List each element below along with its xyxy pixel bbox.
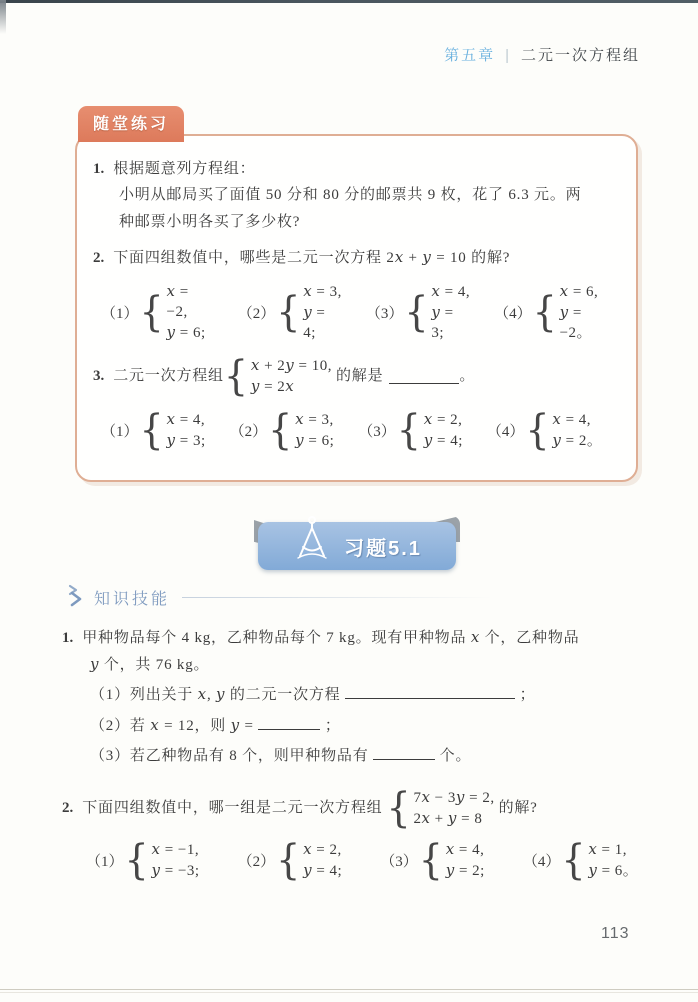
brace-glyph: { <box>397 409 422 450</box>
problem-text: 。 <box>459 365 475 387</box>
equation-system: {x = 4,y = 3; <box>140 409 206 451</box>
option-label: （2） <box>230 420 268 441</box>
equation-bottom: y = 6; <box>295 430 334 451</box>
equation-top: x = 4, <box>431 281 470 302</box>
sub-question-3: （3）若乙种物品有 8 个，则甲种物品有 个。 <box>90 741 644 771</box>
exercise-banner-label: 习题5.1 <box>344 532 422 561</box>
problem-number: 3. <box>93 365 104 387</box>
answer-blank <box>373 745 435 760</box>
chapter-title: 二元一次方程组 <box>521 47 640 64</box>
practice-tab: 随堂练习 <box>78 106 184 142</box>
problem-text: 甲种物品每个 4 kg，乙种物品每个 7 kg。现有甲种物品 x 个，乙种物品 <box>82 630 579 646</box>
page-header: 第五章|二元一次方程组 <box>444 44 640 65</box>
sub-label: （2） <box>90 718 130 734</box>
brace-glyph: { <box>419 839 444 880</box>
equation-system: {x = 3,y = 6; <box>268 409 334 451</box>
sub-text: 列出关于 x, y 的二元一次方程 <box>130 687 341 703</box>
practice-problem-2: 2.下面四组数值中，哪些是二元一次方程 2x + y = 10 的解? <box>93 244 618 271</box>
equation-system: {x = 3,y = 4; <box>276 281 342 343</box>
option-4: （4）{x = 4,y = 2。 <box>487 409 602 451</box>
problem-number: 2. <box>62 797 73 819</box>
equation-bottom: y = −2。 <box>560 302 618 343</box>
brace-glyph: { <box>276 839 301 880</box>
scan-edge-bottom-2 <box>0 992 698 993</box>
equation-system: {x = 1,y = 6。 <box>561 839 638 881</box>
option-2: （2）{x = 3,y = 4; <box>238 281 342 343</box>
section-heading: 知识技能 <box>62 584 644 610</box>
section-title: 知识技能 <box>94 586 170 609</box>
brace-glyph: { <box>525 409 550 450</box>
equation-top: x = 3, <box>303 281 342 302</box>
equation-top: 7x − 3y = 2, <box>413 787 494 808</box>
scan-edge-corner <box>0 0 6 34</box>
sub-label: （1） <box>90 687 130 703</box>
problem-text: 下面四组数值中，哪一组是二元一次方程组 <box>82 797 382 819</box>
sub-text: 若乙种物品有 8 个，则甲种物品有 <box>130 748 369 764</box>
equation-bottom: y = 6; <box>167 322 214 343</box>
equation-bottom: y = 4; <box>424 430 463 451</box>
problem-number: 1. <box>62 630 73 646</box>
option-row: （1）{x = −1,y = −3; （2）{x = 2,y = 4; （3）{… <box>86 839 644 881</box>
equation-top: x = 4, <box>446 839 485 860</box>
equation-system: {x = 4,y = 2。 <box>525 409 602 451</box>
brace-glyph: { <box>224 355 249 396</box>
equation-top: x = 2, <box>303 839 342 860</box>
equation-top: x = −1, <box>152 839 200 860</box>
problem-body-line: 小明从邮局买了面值 50 分和 80 分的邮票共 9 枚，花了 6.3 元。两 <box>119 182 618 209</box>
option-label: （3） <box>380 850 418 871</box>
equation-bottom: 2x + y = 8 <box>413 808 494 829</box>
equation-bottom: y = 2; <box>446 860 485 881</box>
sub-suffix: 个。 <box>440 748 472 764</box>
equation-system: {x = 2,y = 4; <box>276 839 342 881</box>
exercise-problem-2: 2.下面四组数值中，哪一组是二元一次方程组 {7x − 3y = 2,2x + … <box>62 787 644 829</box>
option-label: （4） <box>487 420 525 441</box>
option-label: （1） <box>101 302 139 323</box>
sub-question-1: （1）列出关于 x, y 的二元一次方程 ； <box>90 679 644 710</box>
double-chevron-icon <box>62 584 88 610</box>
option-3: （3）{x = 4,y = 2; <box>380 839 485 881</box>
option-label: （2） <box>238 302 276 323</box>
option-1: （1）{x = −2,y = 6; <box>101 281 214 343</box>
equation-top: x = −2, <box>167 281 214 322</box>
option-label: （4） <box>523 850 561 871</box>
practice-box: 1.根据题意列方程组： 小明从邮局买了面值 50 分和 80 分的邮票共 9 枚… <box>75 134 638 482</box>
problem-text: 根据题意列方程组： <box>113 161 255 177</box>
equation-top: x = 2, <box>424 409 463 430</box>
option-label: （3） <box>358 420 396 441</box>
answer-blank <box>258 715 320 730</box>
option-label: （2） <box>238 850 276 871</box>
exercise-section: 知识技能 1.甲种物品每个 4 kg，乙种物品每个 7 kg。现有甲种物品 x … <box>62 584 644 885</box>
brace-glyph: { <box>140 409 165 450</box>
answer-blank <box>345 684 515 699</box>
sub-suffix: ； <box>520 687 536 703</box>
option-row: （1）{x = 4,y = 3; （2）{x = 3,y = 6; （3）{x … <box>101 409 618 451</box>
option-2: （2）{x = 2,y = 4; <box>238 839 343 881</box>
equation-bottom: y = 4; <box>303 302 342 343</box>
equation-top: x = 1, <box>588 839 638 860</box>
brace-glyph: { <box>561 839 586 880</box>
option-4: （4）{x = 6,y = −2。 <box>494 281 618 343</box>
textbook-page: 第五章|二元一次方程组 随堂练习 1.根据题意列方程组： 小明从邮局买了面值 5… <box>0 0 698 1002</box>
equation-system: {x = −2,y = 6; <box>140 281 214 343</box>
brace-glyph: { <box>276 291 301 332</box>
practice-problem-3: 3.二元一次方程组 {x + 2y = 10,y = 2x 的解是 。 <box>93 355 618 397</box>
brace-glyph: { <box>268 409 293 450</box>
exercise-problem-1: 1.甲种物品每个 4 kg，乙种物品每个 7 kg。现有甲种物品 x 个，乙种物… <box>62 624 644 651</box>
equation-system: {x = 2,y = 4; <box>397 409 463 451</box>
option-4: （4）{x = 1,y = 6。 <box>523 839 638 881</box>
option-label: （1） <box>101 420 139 441</box>
option-1: （1）{x = −1,y = −3; <box>86 839 200 881</box>
practice-problem-1: 1.根据题意列方程组： <box>93 156 618 182</box>
equation-top: x = 3, <box>295 409 334 430</box>
sub-label: （3） <box>90 748 130 764</box>
header-divider: | <box>505 47 511 64</box>
equation-top: x = 4, <box>167 409 206 430</box>
equation-bottom: y = 6。 <box>588 860 638 881</box>
equation-top: x + 2y = 10, <box>251 355 332 376</box>
exercise-banner: 习题5.1 <box>258 512 456 570</box>
option-3: （3）{x = 4,y = 3; <box>366 281 470 343</box>
section-divider-line <box>182 597 492 598</box>
brace-glyph: { <box>125 839 150 880</box>
equation-bottom: y = 2x <box>251 376 332 397</box>
equation-bottom: y = −3; <box>152 860 200 881</box>
scan-edge-top <box>0 0 698 3</box>
equation-system: {x = 6,y = −2。 <box>533 281 618 343</box>
problem-number: 2. <box>93 250 104 266</box>
equation-top: x = 6, <box>560 281 618 302</box>
option-3: （3）{x = 2,y = 4; <box>358 409 463 451</box>
equation-bottom: y = 4; <box>303 860 342 881</box>
problem-body-line: y 个，共 76 kg。 <box>90 651 644 679</box>
problem-text: 的解? <box>499 797 538 819</box>
brace-glyph: { <box>386 787 411 828</box>
equation-bottom: y = 2。 <box>552 430 602 451</box>
problem-body-line: 种邮票小明各买了多少枚? <box>119 209 618 236</box>
brace-glyph: { <box>140 291 165 332</box>
equation-top: x = 4, <box>552 409 602 430</box>
option-label: （4） <box>494 302 532 323</box>
equation-system: {x = −1,y = −3; <box>125 839 200 881</box>
page-number: 113 <box>601 925 630 943</box>
answer-blank <box>389 368 459 383</box>
option-label: （3） <box>366 302 404 323</box>
scan-edge-bottom <box>0 989 698 990</box>
brace-glyph: { <box>404 291 429 332</box>
equation-system: {x + 2y = 10,y = 2x <box>224 355 332 397</box>
equation-system: {7x − 3y = 2,2x + y = 8 <box>386 787 494 829</box>
sub-suffix: ； <box>325 718 341 734</box>
exercise-banner-body: 习题5.1 <box>258 522 456 570</box>
problem-text: 下面四组数值中，哪些是二元一次方程 <box>113 250 386 266</box>
sub-text: 若 x = 12，则 y = <box>130 718 254 734</box>
problem-text: 的解? <box>467 250 511 266</box>
option-1: （1）{x = 4,y = 3; <box>101 409 206 451</box>
option-row: （1）{x = −2,y = 6; （2）{x = 3,y = 4; （3）{x… <box>101 281 618 343</box>
sub-question-2: （2）若 x = 12，则 y = ； <box>90 710 644 741</box>
equation-system: {x = 4,y = 2; <box>419 839 485 881</box>
compass-icon <box>292 514 332 562</box>
problem-number: 1. <box>93 161 104 177</box>
option-label: （1） <box>86 850 124 871</box>
brace-glyph: { <box>533 291 558 332</box>
chapter-label: 第五章 <box>444 47 495 64</box>
equation-bottom: y = 3; <box>167 430 206 451</box>
inline-equation: 2x + y = 10 <box>386 250 466 266</box>
equation-bottom: y = 3; <box>431 302 470 343</box>
option-2: （2）{x = 3,y = 6; <box>230 409 335 451</box>
problem-text: 二元一次方程组 <box>113 365 224 387</box>
problem-text: 的解是 <box>336 365 383 387</box>
equation-system: {x = 4,y = 3; <box>404 281 470 343</box>
